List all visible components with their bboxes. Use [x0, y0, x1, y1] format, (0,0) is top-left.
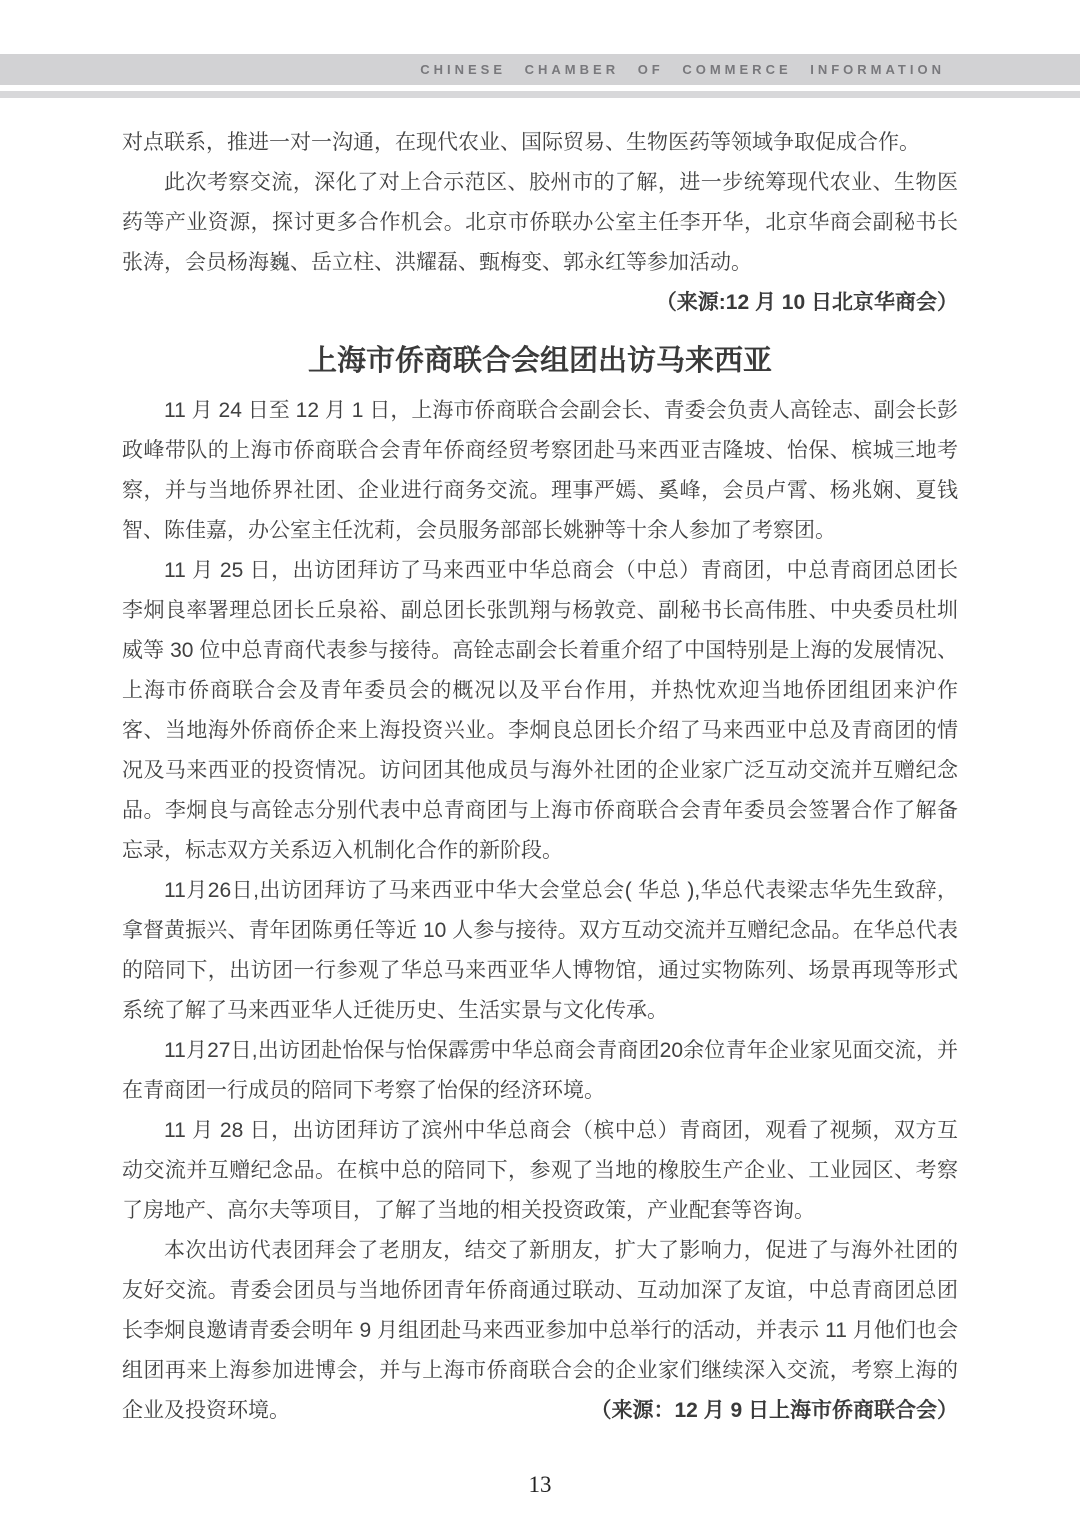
paragraph: 11月26日,出访团拜访了马来西亚中华大会堂总会( 华总 ),华总代表梁志华先生…	[122, 871, 958, 1031]
header-band: CHINESE CHAMBER OF COMMERCE INFORMATION	[0, 54, 1080, 85]
paragraph: 11 月 24 日至 12 月 1 日，上海市侨商联合会副会长、青委会负责人高铨…	[122, 391, 958, 551]
paragraph: 11 月 25 日，出访团拜访了马来西亚中华总商会（中总）青商团，中总青商团总团…	[122, 551, 958, 871]
paragraph: 本次出访代表团拜会了老朋友，结交了新朋友，扩大了影响力，促进了与海外社团的友好交…	[122, 1231, 958, 1431]
article-body: 11 月 24 日至 12 月 1 日，上海市侨商联合会副会长、青委会负责人高铨…	[122, 391, 958, 1431]
page-header: CHINESE CHAMBER OF COMMERCE INFORMATION	[0, 54, 1080, 98]
document-body: 对点联系，推进一对一沟通，在现代农业、国际贸易、生物医药等领域争取促成合作。 此…	[122, 123, 958, 1505]
header-divider-bar	[0, 91, 1080, 98]
article-title: 上海市侨商联合会组团出访马来西亚	[122, 341, 958, 381]
paragraph: 对点联系，推进一对一沟通，在现代农业、国际贸易、生物医药等领域争取促成合作。	[122, 123, 958, 163]
source-citation: （来源:12 月 10 日北京华商会）	[614, 283, 958, 323]
document-page: CHINESE CHAMBER OF COMMERCE INFORMATION …	[0, 0, 1080, 1525]
source-citation: （来源：12 月 9 日上海市侨商联合会）	[548, 1391, 958, 1431]
header-banner-text: CHINESE CHAMBER OF COMMERCE INFORMATION	[420, 62, 945, 77]
paragraph: 此次考察交流，深化了对上合示范区、胶州市的了解，进一步统筹现代农业、生物医药等产…	[122, 163, 958, 283]
paragraph-text: 此次考察交流，深化了对上合示范区、胶州市的了解，进一步统筹现代农业、生物医药等产…	[122, 171, 958, 274]
paragraph: 11月27日,出访团赴怡保与怡保霹雳中华总商会青商团20余位青年企业家见面交流，…	[122, 1031, 958, 1111]
paragraph: 11 月 28 日，出访团拜访了滨州中华总商会（槟中总）青商团，观看了视频，双方…	[122, 1111, 958, 1231]
page-number: 13	[122, 1465, 958, 1505]
previous-article-ending: 对点联系，推进一对一沟通，在现代农业、国际贸易、生物医药等领域争取促成合作。 此…	[122, 123, 958, 283]
